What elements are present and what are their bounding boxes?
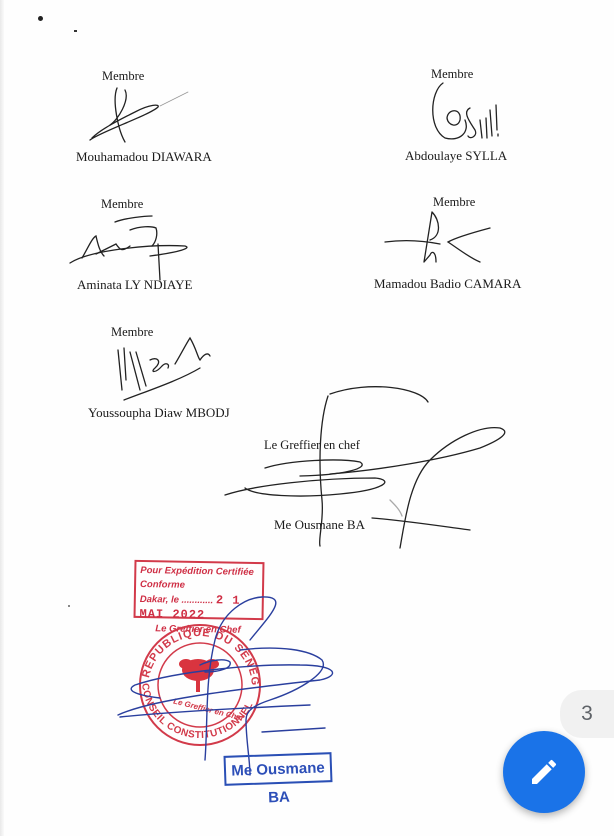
document-page: Membre Mouhamadou DIAWARA Membre Abdoula… bbox=[0, 0, 614, 836]
ink-speck bbox=[68, 605, 70, 607]
name-stamp: Me Ousmane BA bbox=[224, 752, 333, 786]
blue-ink-signature bbox=[0, 0, 614, 836]
pencil-icon bbox=[528, 756, 560, 788]
page-number-badge: 3 bbox=[560, 690, 614, 738]
edit-button[interactable] bbox=[503, 731, 585, 813]
